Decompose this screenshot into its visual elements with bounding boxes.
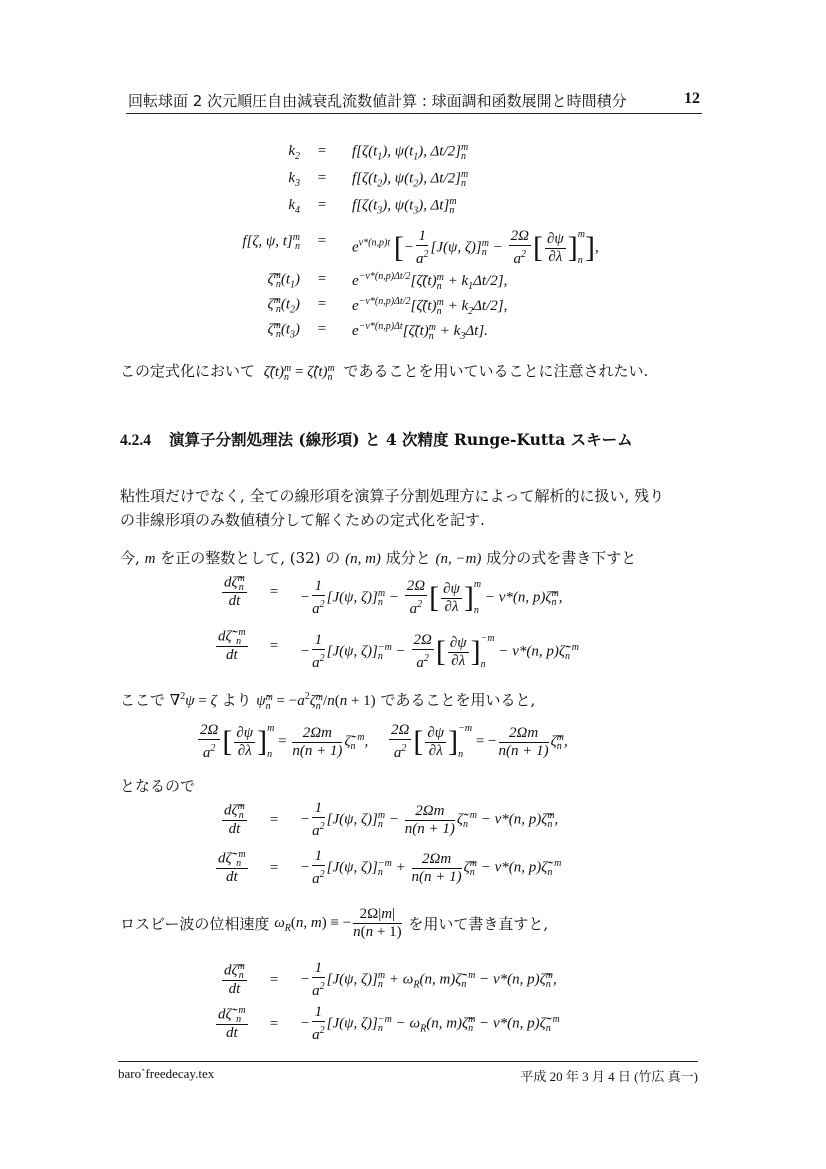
section-heading: 4.2.4演算子分割処理法 (線形項) と 4 次精度 Runge-Kutta … [120, 428, 633, 450]
note-text: であることを用いていることに注意されたい. [344, 362, 649, 380]
note-math: ζ̃(t)mn = ζ̂(t)mn [264, 364, 335, 380]
equation-f-definition: f[ζ, ψ, t]mn = eν*(n,p)t [−1a2[J(ψ, ζ)]m… [200, 222, 640, 266]
text: ここで [120, 691, 165, 709]
note-text: この定式化において [120, 362, 255, 380]
text: 成分と [386, 549, 431, 567]
header-rule [126, 113, 702, 114]
running-header: 回転球面 2 次元順圧自由減衰乱流数値計算 : 球面調和函数展開と時間積分 12 [128, 90, 702, 112]
footer-filename: baro`freedecay.tex [118, 1066, 214, 1082]
math: ∇2ψ = ζ [170, 693, 217, 709]
page-number: 12 [684, 90, 700, 108]
section-number: 4.2.4 [120, 432, 151, 449]
text: 今, [120, 549, 140, 567]
paragraph-line: 粘性項だけでなく, 全ての線形項を演算子分割処理方によって解析的に扱い, 残り [120, 485, 664, 506]
math: (n, −m) [435, 551, 481, 567]
math: ψ̃mn = −a2ζ̃mn/n(n + 1) [256, 693, 375, 709]
equation-dzeta-m: dζ̃mndt = −1a2[J(ψ, ζ)]mn − 2Ωa2[∂ψ∂λ]mn… [200, 572, 660, 620]
note-laplacian: ここで ∇2ψ = ζ より ψ̃mn = −a2ζ̃mn/n(n + 1) で… [120, 689, 535, 711]
note-rossby: ロスビー波の位相速度 ωR(n, m) ≡ −2Ω|m|n(n + 1) を用い… [120, 906, 548, 950]
document-title: 回転球面 2 次元順圧自由減衰乱流数値計算 : 球面調和函数展開と時間積分 [128, 90, 627, 111]
equation-zeta-t3: ζ̃mn(t3) = e−ν*(n,p)Δt[ζ̃(t)mn + k3Δt]. [200, 321, 640, 345]
equation-zeta-t1: ζ̃mn(t1) = e−ν*(n,p)Δt/2[ζ̃(t)mn + k1Δt/… [200, 271, 640, 295]
footer-rule [118, 1061, 698, 1062]
text: を正の整数として, (32) の [160, 549, 340, 567]
equation-dzeta-minus-m: dζ̃−mndt = −1a2[J(ψ, ζ)]−mn − 2Ωa2[∂ψ∂λ]… [200, 626, 660, 674]
equation-dzeta-m-3: dζ̃mndt = −1a2[J(ψ, ζ)]mn + ωR(n, m)ζ̃−m… [200, 960, 660, 1008]
equation-dzeta-minus-m-2: dζ̃−mndt = −1a2[J(ψ, ζ)]−mn + 2Ωmn(n + 1… [200, 848, 660, 896]
equation-zeta-t2: ζ̃mn(t2) = e−ν*(n,p)Δt/2[ζ̃(t)mn + k2Δt/… [200, 296, 640, 320]
footer-date-author: 平成 20 年 3 月 4 日 (竹広 真一) [520, 1066, 698, 1085]
text: より [221, 691, 251, 709]
equation-k4: k4 = f[ζ(t3), ψ(t3), Δt]mn [200, 197, 640, 221]
paragraph-line: の非線形項のみ数値積分して解くための定式化を記す. [120, 509, 485, 530]
equation-dzeta-m-2: dζ̃mndt = −1a2[J(ψ, ζ)]mn − 2Ωmn(n + 1)ζ… [200, 800, 660, 848]
equation-k3: k3 = f[ζ(t2), ψ(t2), Δt/2]mn [200, 170, 640, 194]
math: ωR(n, m) ≡ −2Ω|m|n(n + 1) [274, 915, 403, 931]
text: であることを用いると, [380, 691, 535, 709]
note-formulation: この定式化において ζ̃(t)mn = ζ̂(t)mn であることを用いているこ… [120, 360, 648, 382]
equation-k2: k2 = f[ζ(t1), ψ(t1), Δt/2]mn [200, 143, 640, 167]
text: 成分の式を書き下すと [486, 549, 636, 567]
paragraph-components: 今, m を正の整数として, (32) の (n, m) 成分と (n, −m)… [120, 547, 636, 568]
math: m [145, 551, 156, 567]
text: ロスビー波の位相速度 [120, 915, 269, 933]
math: (n, m) [345, 551, 381, 567]
note-therefore: となるので [120, 775, 195, 796]
text: を用いて書き直すと, [408, 915, 548, 933]
equation-dzeta-minus-m-3: dζ̃−mndt = −1a2[J(ψ, ζ)]−mn − ωR(n, m)ζ̃… [200, 1004, 660, 1052]
inline-relations: 2Ωa2[∂ψ∂λ]mn = 2Ωmn(n + 1)ζ̃−mn, 2Ωa2[∂ψ… [196, 716, 656, 766]
section-title: 演算子分割処理法 (線形項) と 4 次精度 Runge-Kutta スキーム [169, 430, 633, 449]
